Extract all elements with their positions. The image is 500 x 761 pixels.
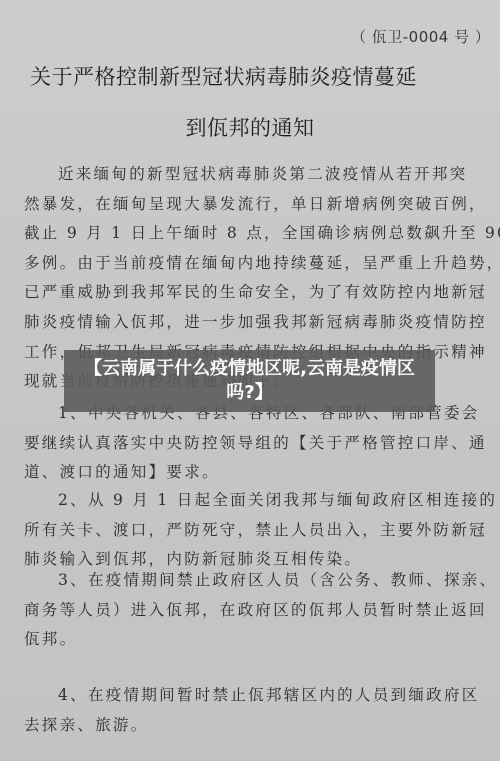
item-line: 要继续认真落实中央防控领导组的【关于严格管控口岸、通 [24,429,464,459]
item-3: 3、在疫情期间禁止政府区人员（含公务、教师、探亲、 商务等人员）进入佤邦，在政府… [24,566,464,655]
item-line: 去探亲、旅游。 [24,711,464,741]
document-number: （ 佤卫-0004 号 ） [351,26,490,47]
body-line: 近来缅甸的新型冠状病毒肺炎第二波疫情从若开邦突 [24,160,464,190]
item-line: 佤邦。 [24,625,464,655]
item-line: 4、在疫情期间暂时禁止佤邦辖区内的人员到缅政府区 [24,681,464,711]
item-4: 4、在疫情期间暂时禁止佤邦辖区内的人员到缅政府区 去探亲、旅游。 [24,681,464,740]
item-1: 1、中央各机关、各县、各特区、各部队、南部管委会 要继续认真落实中央防控领导组的… [24,399,464,488]
body-line: 多例。由于当前疫情在缅甸内地持续蔓延，呈严重上升趋势， [24,249,464,279]
body-line: 然暴发，在缅甸呈现大暴发流行，单日新增病例突破百例， [24,190,464,220]
body-line: 肺炎疫情输入佤邦，进一步加强我邦新冠病毒肺炎疫情防控 [24,308,464,338]
item-line: 道、渡口的通知】要求。 [24,458,464,488]
document-title-line-2: 到佤邦的通知 [0,112,500,142]
item-line: 3、在疫情期间禁止政府区人员（含公务、教师、探亲、 [24,566,464,596]
item-line: 商务等人员）进入佤邦，在政府区的佤邦人员暂时禁止返回 [24,596,464,626]
document-title-line-1: 关于严格控制新型冠状病毒肺炎疫情蔓延 [30,61,450,91]
caption-text: 【云南属于什么疫情地区呢,云南是疫情区吗?】 [80,357,420,405]
body-line: 截止 9 月 1 日上午缅时 8 点，全国确诊病例总数飙升至 900 [24,219,464,249]
body-line: 已严重威胁到我邦军民的生命安全，为了有效防控内地新冠 [24,278,464,308]
item-line: 所有关卡、渡口，严防死守，禁止人员出入，主要外防新冠 [24,516,464,546]
item-line: 2、从 9 月 1 日起全面关闭我邦与缅甸政府区相连接的 [24,486,464,516]
caption-overlay: 【云南属于什么疫情地区呢,云南是疫情区吗?】 [64,350,435,412]
item-2: 2、从 9 月 1 日起全面关闭我邦与缅甸政府区相连接的 所有关卡、渡口，严防死… [24,486,464,575]
